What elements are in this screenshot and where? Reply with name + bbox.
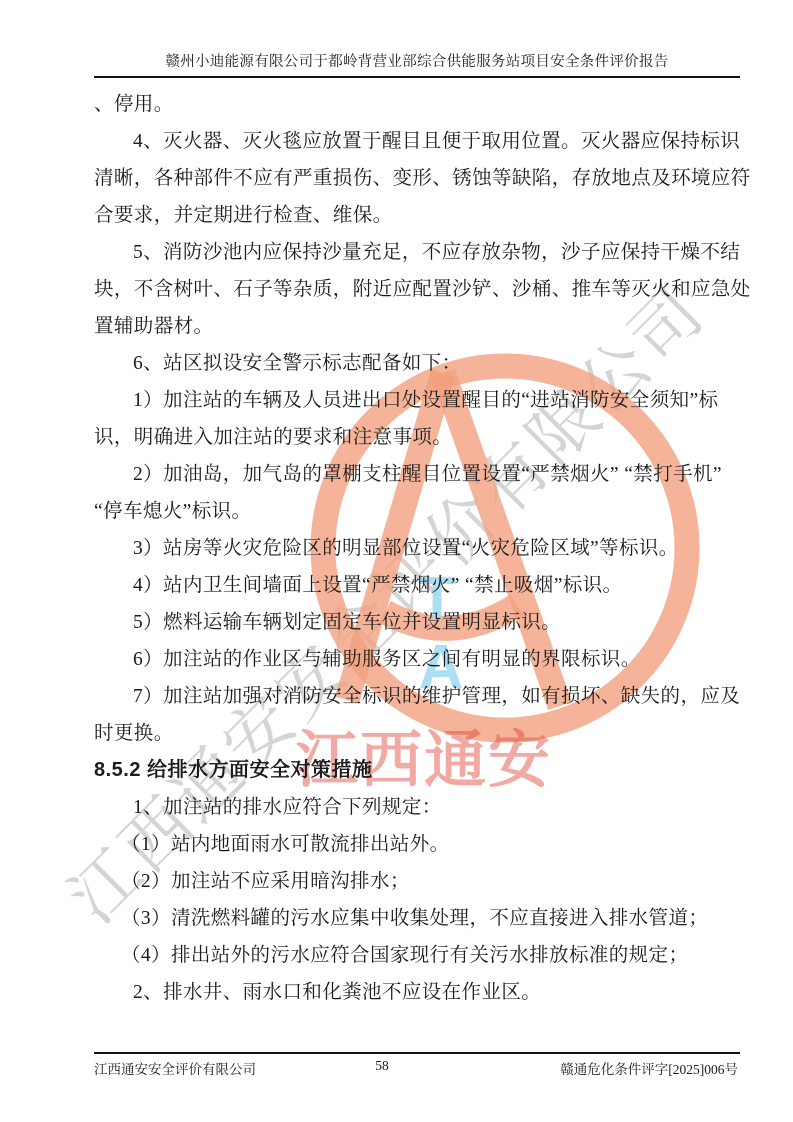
- body-line: 置辅助器材。: [94, 308, 740, 345]
- body-line: 5、消防沙池内应保持沙量充足，不应存放杂物，沙子应保持干燥不结: [94, 234, 740, 271]
- section-heading: 8.5.2 给排水方面安全对策措施: [94, 752, 740, 789]
- body-line: 合要求，并定期进行检查、维保。: [94, 197, 740, 234]
- body-line: （3）清洗燃料罐的污水应集中收集处理，不应直接进入排水管道；: [94, 900, 740, 937]
- body-line: 3）站房等火灾危险区的明显部位设置“火灾危险区域”等标识。: [94, 530, 740, 567]
- body-line: 6）加注站的作业区与辅助服务区之间有明显的界限标识。: [94, 641, 740, 678]
- body-line: 4）站内卫生间墙面上设置“严禁烟火” “禁止吸烟”标识。: [94, 567, 740, 604]
- body-line: 1、加注站的排水应符合下列规定：: [94, 789, 740, 826]
- body-line: 2、排水井、雨水口和化粪池不应设在作业区。: [94, 974, 740, 1011]
- body-line: （4）排出站外的污水应符合国家现行有关污水排放标准的规定；: [94, 937, 740, 974]
- body-line: 2）加油岛，加气岛的罩棚支柱醒目位置设置“严禁烟火” “禁打手机”: [94, 456, 740, 493]
- footer: 江西通安安全评价有限公司 58 赣通危化条件评字[2025]006号: [94, 1058, 740, 1080]
- body-line: 清晰，各种部件不应有严重损伤、变形、锈蚀等缺陷，存放地点及环境应符: [94, 160, 740, 197]
- body-line: 4、灭火器、灭火毯应放置于醒目且便于取用位置。灭火器应保持标识: [94, 123, 740, 160]
- body-line: 7）加注站加强对消防安全标识的维护管理，如有损坏、缺失的，应及: [94, 678, 740, 715]
- body-line: 6、站区拟设安全警示标志配备如下：: [94, 345, 740, 382]
- header-title: 赣州小迪能源有限公司于都岭背营业部综合供能服务站项目安全条件评价报告: [94, 50, 740, 71]
- body-line: （2）加注站不应采用暗沟排水；: [94, 863, 740, 900]
- body-line: 识，明确进入加注站的要求和注意事项。: [94, 419, 740, 456]
- body-line: “停车熄火”标识。: [94, 493, 740, 530]
- body-line: （1）站内地面雨水可散流排出站外。: [94, 826, 740, 863]
- footer-doc-number: 赣通危化条件评字[2025]006号: [560, 1058, 738, 1078]
- body-line: 5）燃料运输车辆划定固定车位并设置明显标识。: [94, 604, 740, 641]
- header-rule: [94, 76, 740, 78]
- body-line: 1）加注站的车辆及人员进出口处设置醒目的“进站消防安全须知”标: [94, 382, 740, 419]
- document-page: 江西通安安全评价有限公司 T A 江西通安 赣州小迪能源有限公司于都岭背营业部综…: [0, 0, 793, 1122]
- footer-rule: [94, 1052, 740, 1054]
- body-line: 、停用。: [94, 86, 740, 123]
- body-line: 块，不含树叶、石子等杂质，附近应配置沙铲、沙桶、推车等灭火和应急处: [94, 271, 740, 308]
- body-line: 时更换。: [94, 715, 740, 752]
- document-body: 、停用。 4、灭火器、灭火毯应放置于醒目且便于取用位置。灭火器应保持标识 清晰，…: [94, 86, 740, 1011]
